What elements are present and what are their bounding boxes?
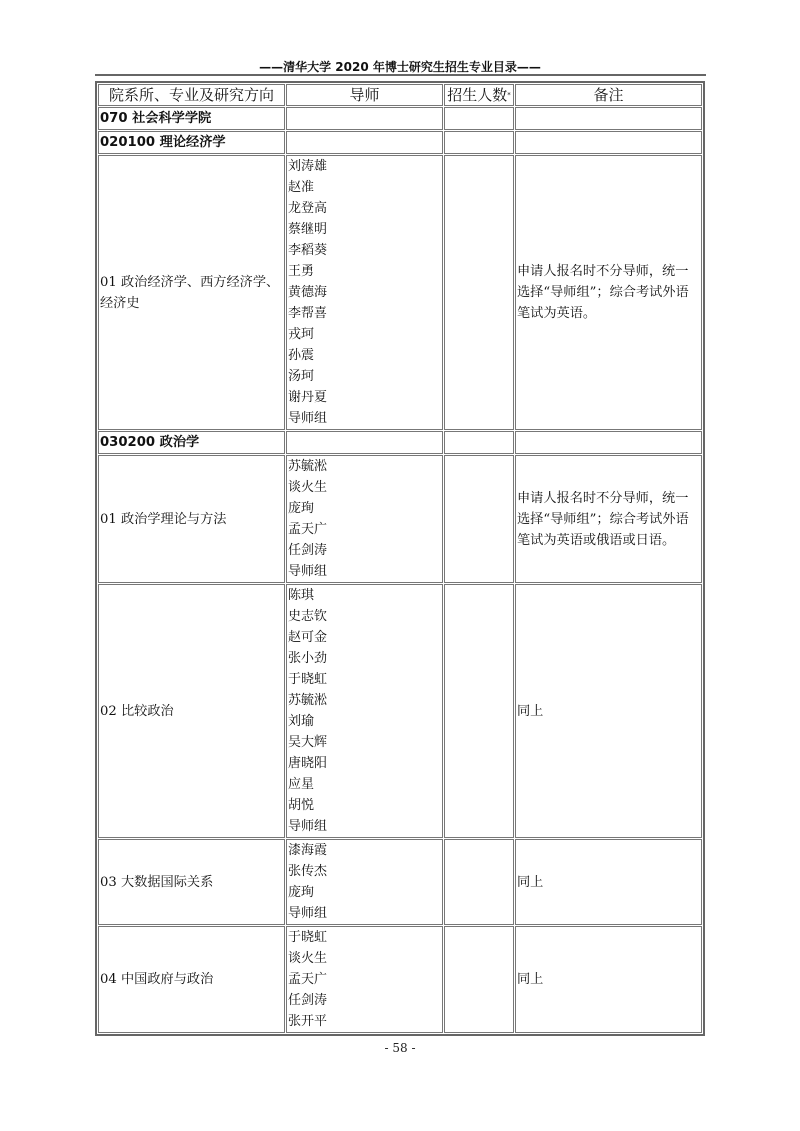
direction-label: 04 中国政府与政治 bbox=[98, 926, 285, 1033]
quota-cell bbox=[444, 839, 514, 925]
direction-row: 01 政治经济学、西方经济学、经济史 刘涛雄 赵准 龙登高 蔡继明 李稻葵 王勇… bbox=[98, 155, 702, 430]
advisor-name: 谢丹夏 bbox=[288, 387, 441, 408]
advisor-name: 孟天广 bbox=[288, 969, 441, 990]
advisor-list: 刘涛雄 赵准 龙登高 蔡继明 李稻葵 王勇 黄德海 李帮喜 戎珂 孙震 汤珂 谢… bbox=[286, 155, 443, 430]
advisor-name: 吴大辉 bbox=[288, 732, 441, 753]
advisor-name: 龙登高 bbox=[288, 198, 441, 219]
quota-cell bbox=[444, 584, 514, 838]
page-number: - 58 - bbox=[0, 1041, 800, 1055]
note-cell: 同上 bbox=[515, 584, 702, 838]
direction-row: 02 比较政治 陈琪 史志钦 赵可金 张小劲 于晓虹 苏毓淞 刘瑜 吴大辉 唐晓… bbox=[98, 584, 702, 838]
major-row: 020100 理论经济学 bbox=[98, 131, 702, 154]
header-rule bbox=[95, 74, 706, 76]
quota-footnote-mark: * bbox=[507, 91, 511, 99]
advisor-name: 唐晓阳 bbox=[288, 753, 441, 774]
empty-cell bbox=[515, 431, 702, 454]
advisor-name: 导师组 bbox=[288, 561, 441, 582]
note-cell: 申请人报名时不分导师，统一选择“导师组”；综合考试外语笔试为英语或俄语或日语。 bbox=[515, 455, 702, 583]
advisor-name: 李帮喜 bbox=[288, 303, 441, 324]
advisor-name: 赵准 bbox=[288, 177, 441, 198]
direction-label: 01 政治学理论与方法 bbox=[98, 455, 285, 583]
advisor-name: 蔡继明 bbox=[288, 219, 441, 240]
advisor-list: 漆海霞 张传杰 庞珣 导师组 bbox=[286, 839, 443, 925]
school-label: 070 社会科学学院 bbox=[98, 107, 285, 130]
advisor-name: 应星 bbox=[288, 774, 441, 795]
empty-cell bbox=[444, 131, 514, 154]
table-header-row: 院系所、专业及研究方向 导师 招生人数* 备注 bbox=[98, 84, 702, 106]
advisor-name: 张传杰 bbox=[288, 861, 441, 882]
advisor-name: 任剑涛 bbox=[288, 540, 441, 561]
school-row: 070 社会科学学院 bbox=[98, 107, 702, 130]
note-cell: 同上 bbox=[515, 839, 702, 925]
advisor-list: 苏毓淞 谈火生 庞珣 孟天广 任剑涛 导师组 bbox=[286, 455, 443, 583]
advisor-name: 刘涛雄 bbox=[288, 156, 441, 177]
advisor-name: 孟天广 bbox=[288, 519, 441, 540]
advisor-name: 导师组 bbox=[288, 903, 441, 924]
advisor-name: 于晓虹 bbox=[288, 669, 441, 690]
advisor-name: 刘瑜 bbox=[288, 711, 441, 732]
advisor-name: 汤珂 bbox=[288, 366, 441, 387]
admissions-catalog-table: 院系所、专业及研究方向 导师 招生人数* 备注 070 社会科学学院 02010… bbox=[95, 81, 705, 1036]
advisor-name: 黄德海 bbox=[288, 282, 441, 303]
quota-cell bbox=[444, 455, 514, 583]
column-header-department: 院系所、专业及研究方向 bbox=[98, 84, 285, 106]
advisor-name: 苏毓淞 bbox=[288, 690, 441, 711]
advisor-name: 谈火生 bbox=[288, 948, 441, 969]
advisor-name: 漆海霞 bbox=[288, 840, 441, 861]
column-header-notes: 备注 bbox=[515, 84, 702, 106]
major-label: 030200 政治学 bbox=[98, 431, 285, 454]
advisor-name: 李稻葵 bbox=[288, 240, 441, 261]
empty-cell bbox=[286, 107, 443, 130]
note-cell: 同上 bbox=[515, 926, 702, 1033]
direction-label: 02 比较政治 bbox=[98, 584, 285, 838]
advisor-name: 庞珣 bbox=[288, 498, 441, 519]
quota-label: 招生人数 bbox=[447, 86, 507, 104]
column-header-advisor: 导师 bbox=[286, 84, 443, 106]
advisor-name: 孙震 bbox=[288, 345, 441, 366]
advisor-list: 于晓虹 谈火生 孟天广 任剑涛 张开平 bbox=[286, 926, 443, 1033]
advisor-name: 谈火生 bbox=[288, 477, 441, 498]
advisor-name: 导师组 bbox=[288, 816, 441, 837]
advisor-name: 史志钦 bbox=[288, 606, 441, 627]
advisor-name: 胡悦 bbox=[288, 795, 441, 816]
direction-row: 04 中国政府与政治 于晓虹 谈火生 孟天广 任剑涛 张开平 同上 bbox=[98, 926, 702, 1033]
empty-cell bbox=[444, 431, 514, 454]
direction-row: 03 大数据国际关系 漆海霞 张传杰 庞珣 导师组 同上 bbox=[98, 839, 702, 925]
quota-cell bbox=[444, 926, 514, 1033]
column-header-quota: 招生人数* bbox=[444, 84, 514, 106]
page-header-title: ——清华大学 2020 年博士研究生招生专业目录—— bbox=[0, 58, 800, 75]
advisor-list: 陈琪 史志钦 赵可金 张小劲 于晓虹 苏毓淞 刘瑜 吴大辉 唐晓阳 应星 胡悦 … bbox=[286, 584, 443, 838]
advisor-name: 赵可金 bbox=[288, 627, 441, 648]
direction-label: 01 政治经济学、西方经济学、经济史 bbox=[98, 155, 285, 430]
advisor-name: 苏毓淞 bbox=[288, 456, 441, 477]
advisor-name: 任剑涛 bbox=[288, 990, 441, 1011]
note-cell: 申请人报名时不分导师，统一选择“导师组”；综合考试外语笔试为英语。 bbox=[515, 155, 702, 430]
empty-cell bbox=[515, 107, 702, 130]
advisor-name: 陈琪 bbox=[288, 585, 441, 606]
direction-label: 03 大数据国际关系 bbox=[98, 839, 285, 925]
major-label: 020100 理论经济学 bbox=[98, 131, 285, 154]
empty-cell bbox=[515, 131, 702, 154]
advisor-name: 张开平 bbox=[288, 1011, 441, 1032]
major-row: 030200 政治学 bbox=[98, 431, 702, 454]
quota-cell bbox=[444, 155, 514, 430]
empty-cell bbox=[444, 107, 514, 130]
advisor-name: 王勇 bbox=[288, 261, 441, 282]
direction-row: 01 政治学理论与方法 苏毓淞 谈火生 庞珣 孟天广 任剑涛 导师组 申请人报名… bbox=[98, 455, 702, 583]
advisor-name: 导师组 bbox=[288, 408, 441, 429]
empty-cell bbox=[286, 431, 443, 454]
advisor-name: 于晓虹 bbox=[288, 927, 441, 948]
empty-cell bbox=[286, 131, 443, 154]
advisor-name: 张小劲 bbox=[288, 648, 441, 669]
advisor-name: 戎珂 bbox=[288, 324, 441, 345]
advisor-name: 庞珣 bbox=[288, 882, 441, 903]
